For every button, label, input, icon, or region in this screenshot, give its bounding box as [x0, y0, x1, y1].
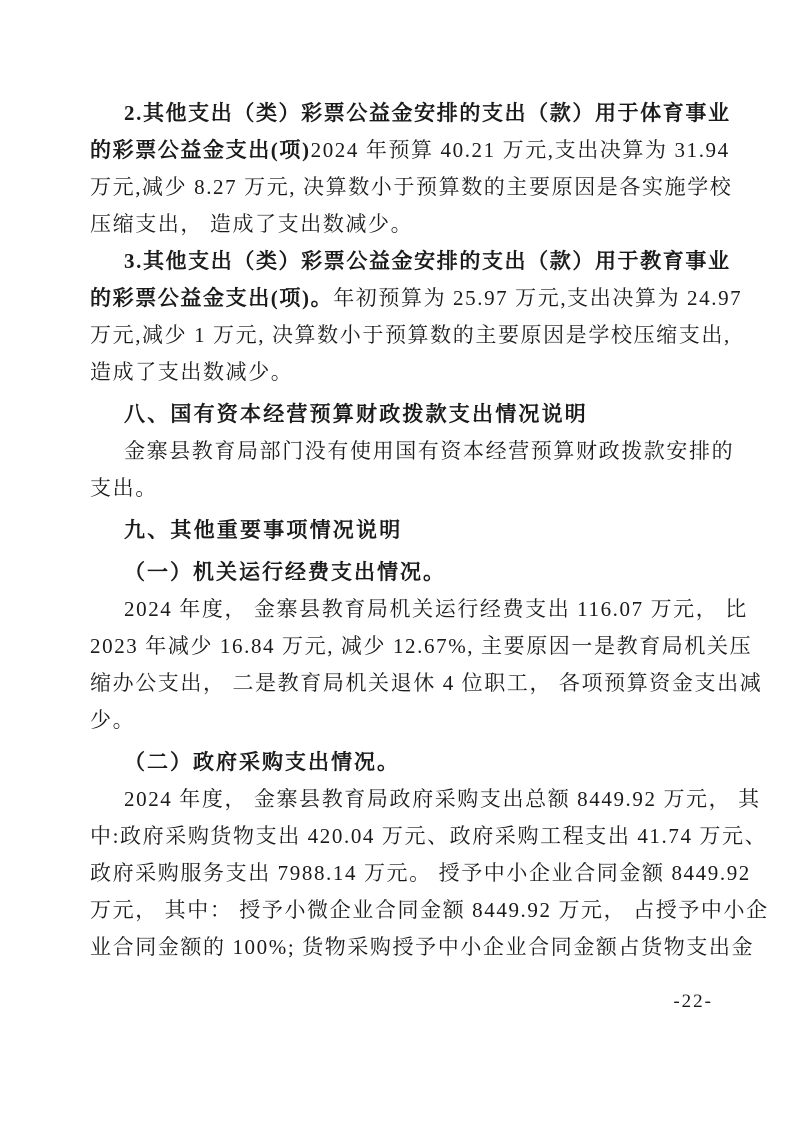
para-procurement-line-5: 业合同金额的 100%; 货物采购授予中小企业合同金额占货物支出金	[90, 929, 714, 966]
bold-lead-text: 2.其他支出（类）彩票公益金安排的支出（款）用于体育事业	[124, 101, 731, 125]
para-procurement-line-1: 2024 年度， 金寨县教育局政府采购支出总额 8449.92 万元， 其	[90, 781, 714, 818]
body-text: 缩办公支出， 二是教育局机关退休 4 位职工， 各项预算资金支出减	[90, 671, 762, 695]
heading-text: 九、其他重要事项情况说明	[124, 519, 402, 542]
para-education-lottery-line-1: 3.其他支出（类）彩票公益金安排的支出（款）用于教育事业	[90, 243, 714, 280]
para-state-capital-line-2: 支出。	[90, 470, 714, 507]
para-sports-lottery-line-1: 2.其他支出（类）彩票公益金安排的支出（款）用于体育事业	[90, 95, 714, 132]
para-operating-funds-line-4: 少。	[90, 702, 714, 739]
body-text: 万元,减少 1 万元, 决算数小于预算数的主要原因是学校压缩支出,	[90, 323, 731, 347]
para-sports-lottery-line-2: 的彩票公益金支出(项)2024 年预算 40.21 万元,支出决算为 31.94	[90, 132, 714, 169]
body-text: 压缩支出， 造成了支出数减少。	[90, 212, 413, 236]
bold-lead-text: 的彩票公益金支出(项)。	[90, 286, 333, 310]
subheading-text: （一）机关运行经费支出情况。	[124, 560, 446, 584]
para-operating-funds-line-3: 缩办公支出， 二是教育局机关退休 4 位职工， 各项预算资金支出减	[90, 665, 714, 702]
body-text: 万元， 其中： 授予小微企业合同金额 8449.92 万元， 占授予中小企	[90, 898, 769, 922]
section-heading-nine: 九、其他重要事项情况说明	[90, 512, 714, 549]
body-text: 金寨县教育局部门没有使用国有资本经营预算财政拨款安排的	[124, 439, 734, 463]
body-text: 2024 年度， 金寨县教育局机关运行经费支出 116.07 万元， 比	[124, 597, 748, 621]
bold-lead-text: 的彩票公益金支出(项)	[90, 138, 311, 162]
body-text: 政府采购服务支出 7988.14 万元。 授予中小企业合同金额 8449.92	[90, 861, 751, 885]
para-education-lottery-line-3: 万元,减少 1 万元, 决算数小于预算数的主要原因是学校压缩支出,	[90, 317, 714, 354]
document-page: 2.其他支出（类）彩票公益金安排的支出（款）用于体育事业的彩票公益金支出(项)2…	[0, 0, 793, 1122]
subsection-heading-one: （一）机关运行经费支出情况。	[90, 554, 714, 591]
body-text: 支出。	[90, 476, 158, 500]
page-number: -22-	[673, 991, 713, 1013]
body-text: 少。	[90, 708, 135, 732]
body-text: 业合同金额的 100%; 货物采购授予中小企业合同金额占货物支出金	[90, 935, 754, 959]
para-operating-funds-line-2: 2023 年减少 16.84 万元, 减少 12.67%, 主要原因一是教育局机…	[90, 628, 714, 665]
subheading-text: （二）政府采购支出情况。	[124, 750, 400, 774]
body-text: 造成了支出数减少。	[90, 360, 293, 384]
section-heading-eight: 八、国有资本经营预算财政拨款支出情况说明	[90, 396, 714, 433]
body-text: 2024 年预算 40.21 万元,支出决算为 31.94	[311, 138, 730, 162]
para-sports-lottery-line-4: 压缩支出， 造成了支出数减少。	[90, 206, 714, 243]
body-text: 年初预算为 25.97 万元,支出决算为 24.97	[333, 286, 742, 310]
para-operating-funds-line-1: 2024 年度， 金寨县教育局机关运行经费支出 116.07 万元， 比	[90, 591, 714, 628]
para-procurement-line-3: 政府采购服务支出 7988.14 万元。 授予中小企业合同金额 8449.92	[90, 855, 714, 892]
subsection-heading-two: （二）政府采购支出情况。	[90, 744, 714, 781]
body-text: 2024 年度， 金寨县教育局政府采购支出总额 8449.92 万元， 其	[124, 787, 761, 811]
heading-text: 八、国有资本经营预算财政拨款支出情况说明	[124, 403, 588, 426]
para-education-lottery-line-2: 的彩票公益金支出(项)。年初预算为 25.97 万元,支出决算为 24.97	[90, 280, 714, 317]
body-text: 中:政府采购货物支出 420.04 万元、政府采购工程支出 41.74 万元、	[90, 824, 767, 848]
document-body: 2.其他支出（类）彩票公益金安排的支出（款）用于体育事业的彩票公益金支出(项)2…	[90, 95, 714, 966]
bold-lead-text: 3.其他支出（类）彩票公益金安排的支出（款）用于教育事业	[124, 249, 731, 273]
para-state-capital-line-1: 金寨县教育局部门没有使用国有资本经营预算财政拨款安排的	[90, 433, 714, 470]
para-procurement-line-2: 中:政府采购货物支出 420.04 万元、政府采购工程支出 41.74 万元、	[90, 818, 714, 855]
para-sports-lottery-line-3: 万元,减少 8.27 万元, 决算数小于预算数的主要原因是各实施学校	[90, 169, 714, 206]
body-text: 2023 年减少 16.84 万元, 减少 12.67%, 主要原因一是教育局机…	[90, 634, 752, 658]
body-text: 万元,减少 8.27 万元, 决算数小于预算数的主要原因是各实施学校	[90, 175, 732, 199]
para-procurement-line-4: 万元， 其中： 授予小微企业合同金额 8449.92 万元， 占授予中小企	[90, 892, 714, 929]
para-education-lottery-line-4: 造成了支出数减少。	[90, 354, 714, 391]
